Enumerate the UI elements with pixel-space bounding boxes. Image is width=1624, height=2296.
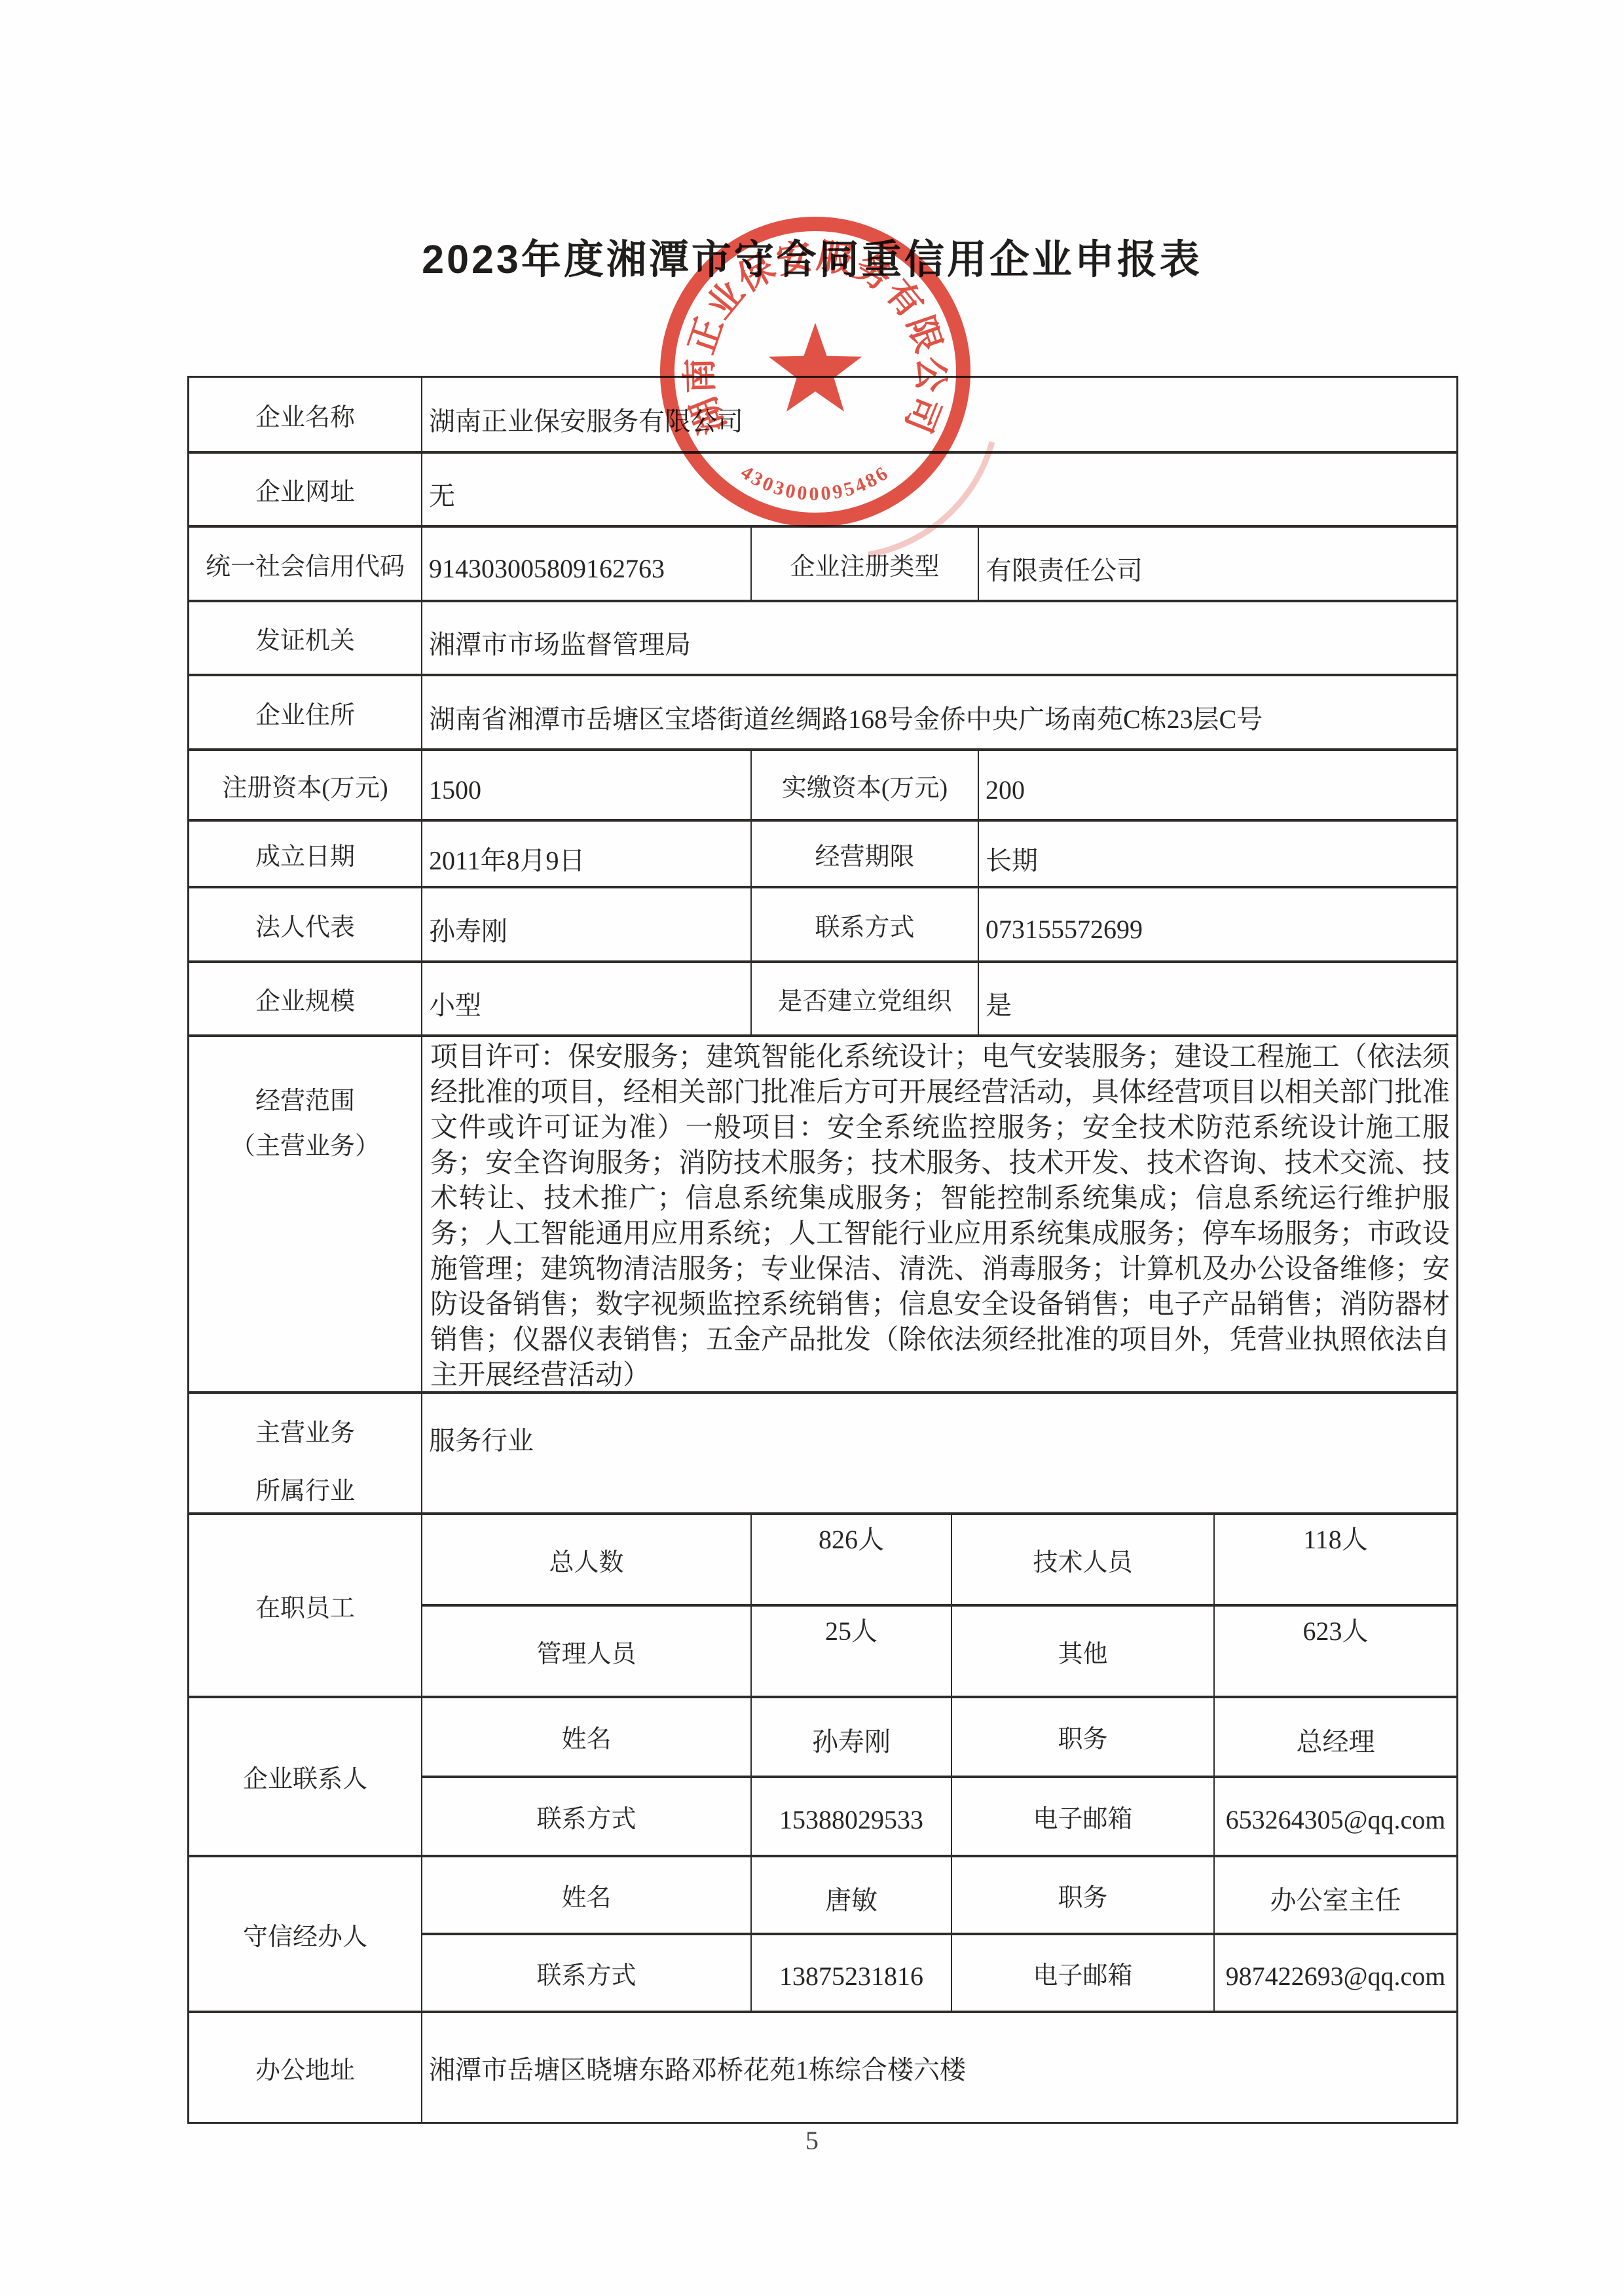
company-contact-email-label: 电子邮箱 — [951, 1778, 1213, 1855]
credit-agent-phone-value: 13875231816 — [750, 1935, 951, 2011]
credit-agent-position-label: 职务 — [951, 1857, 1213, 1933]
registered-capital-value: 1500 — [421, 751, 750, 819]
business-term-value: 长期 — [978, 822, 1456, 886]
registration-type-label: 企业注册类型 — [750, 528, 978, 600]
table-row: 企业住所 湖南省湘潭市岳塘区宝塔街道丝绸路168号金侨中央广场南苑C栋23层C号 — [189, 674, 1456, 748]
office-address-row: 办公地址 湘潭市岳塘区晓塘东路邓桥花苑1栋综合楼六楼 — [189, 2011, 1456, 2122]
company-contact-phone-value: 15388029533 — [750, 1778, 951, 1855]
page-number: 5 — [0, 2125, 1624, 2156]
table-row: 注册资本(万元) 1500 实缴资本(万元) 200 — [189, 748, 1456, 819]
staff-technical-label: 技术人员 — [951, 1515, 1213, 1604]
credit-agent-subrow-1: 姓名 唐敏 职务 办公室主任 — [422, 1857, 1456, 1933]
company-name-value: 湖南正业保安服务有限公司 — [421, 378, 1456, 451]
company-name-label: 企业名称 — [189, 378, 421, 451]
staff-management-label: 管理人员 — [422, 1607, 750, 1696]
website-label: 企业网址 — [189, 454, 421, 525]
company-contact-email-value: 653264305@qq.com — [1213, 1778, 1456, 1855]
table-row: 企业名称 湖南正业保安服务有限公司 — [189, 378, 1456, 451]
company-contact-position-label: 职务 — [951, 1698, 1213, 1776]
staff-subrow-2: 管理人员 25人 其他 623人 — [422, 1604, 1456, 1696]
credit-agent-section: 守信经办人 姓名 唐敏 职务 办公室主任 联系方式 13875231816 电子… — [189, 1855, 1456, 2011]
company-contact-name-value: 孙寿刚 — [750, 1698, 951, 1776]
staff-total-label: 总人数 — [422, 1515, 750, 1604]
business-scope-label-line2: （主营业务） — [231, 1125, 380, 1161]
main-industry-label-line2: 所属行业 — [255, 1470, 355, 1506]
staff-other-value: 623人 — [1213, 1607, 1456, 1696]
credit-agent-email-value: 987422693@qq.com — [1213, 1935, 1456, 2011]
credit-agent-section-label: 守信经办人 — [189, 1857, 421, 2011]
company-address-label: 企业住所 — [189, 676, 421, 748]
main-industry-value: 服务行业 — [421, 1394, 1456, 1512]
table-row: 企业网址 无 — [189, 451, 1456, 525]
legal-contact-value: 073155572699 — [978, 888, 1456, 960]
company-contact-subrow-1: 姓名 孙寿刚 职务 总经理 — [422, 1698, 1456, 1776]
establish-date-value: 2011年8月9日 — [421, 822, 750, 886]
enterprise-scale-value: 小型 — [421, 963, 750, 1034]
credit-agent-email-label: 电子邮箱 — [951, 1935, 1213, 2011]
staff-technical-value: 118人 — [1213, 1515, 1456, 1604]
staff-section: 在职员工 总人数 826人 技术人员 118人 管理人员 25人 其他 623人 — [189, 1512, 1456, 1696]
company-contact-name-label: 姓名 — [422, 1698, 750, 1776]
issuing-authority-value: 湘潭市市场监督管理局 — [421, 602, 1456, 674]
legal-contact-label: 联系方式 — [750, 888, 978, 960]
credit-agent-subrow-2: 联系方式 13875231816 电子邮箱 987422693@qq.com — [422, 1933, 1456, 2011]
table-row: 法人代表 孙寿刚 联系方式 073155572699 — [189, 886, 1456, 960]
registered-capital-label: 注册资本(万元) — [189, 751, 421, 819]
credit-code-label: 统一社会信用代码 — [189, 528, 421, 600]
company-address-value: 湖南省湘潭市岳塘区宝塔街道丝绸路168号金侨中央广场南苑C栋23层C号 — [421, 676, 1456, 748]
establish-date-label: 成立日期 — [189, 822, 421, 886]
business-scope-label-line1: 经营范围 — [255, 1080, 355, 1116]
business-scope-label: 经营范围 （主营业务） — [189, 1037, 421, 1391]
credit-agent-phone-label: 联系方式 — [422, 1935, 750, 2011]
paid-in-capital-value: 200 — [978, 751, 1456, 819]
party-organization-value: 是 — [978, 963, 1456, 1034]
main-industry-row: 主营业务 所属行业 服务行业 — [189, 1391, 1456, 1512]
staff-management-value: 25人 — [750, 1607, 951, 1696]
business-scope-value: 项目许可：保安服务；建筑智能化系统设计；电气安装服务；建设工程施工（依法须经批准… — [421, 1037, 1456, 1391]
table-row: 企业规模 小型 是否建立党组织 是 — [189, 960, 1456, 1034]
legal-representative-value: 孙寿刚 — [421, 888, 750, 960]
paid-in-capital-label: 实缴资本(万元) — [750, 751, 978, 819]
main-industry-label-line1: 主营业务 — [255, 1412, 355, 1448]
page-title: 2023年度湘潭市守合同重信用企业申报表 — [0, 228, 1624, 285]
credit-agent-name-label: 姓名 — [422, 1857, 750, 1933]
legal-representative-label: 法人代表 — [189, 888, 421, 960]
website-value: 无 — [421, 454, 1456, 525]
issuing-authority-label: 发证机关 — [189, 602, 421, 674]
business-term-label: 经营期限 — [750, 822, 978, 886]
company-contact-section-label: 企业联系人 — [189, 1698, 421, 1855]
staff-other-label: 其他 — [951, 1607, 1213, 1696]
registration-type-value: 有限责任公司 — [978, 528, 1456, 600]
main-industry-label: 主营业务 所属行业 — [189, 1394, 421, 1512]
document-page: 2023年度湘潭市守合同重信用企业申报表 企业名称 湖南正业保安服务有限公司 企… — [0, 0, 1624, 2296]
office-address-value: 湘潭市岳塘区晓塘东路邓桥花苑1栋综合楼六楼 — [421, 2013, 1456, 2122]
staff-section-label: 在职员工 — [189, 1515, 421, 1696]
company-contact-position-value: 总经理 — [1213, 1698, 1456, 1776]
application-table: 企业名称 湖南正业保安服务有限公司 企业网址 无 统一社会信用代码 914303… — [187, 376, 1458, 2124]
company-contact-section: 企业联系人 姓名 孙寿刚 职务 总经理 联系方式 15388029533 电子邮… — [189, 1696, 1456, 1855]
company-contact-subrow-2: 联系方式 15388029533 电子邮箱 653264305@qq.com — [422, 1776, 1456, 1855]
table-row: 成立日期 2011年8月9日 经营期限 长期 — [189, 819, 1456, 886]
table-row: 统一社会信用代码 914303005809162763 企业注册类型 有限责任公… — [189, 525, 1456, 600]
company-contact-phone-label: 联系方式 — [422, 1778, 750, 1855]
staff-total-value: 826人 — [750, 1515, 951, 1604]
enterprise-scale-label: 企业规模 — [189, 963, 421, 1034]
credit-agent-name-value: 唐敏 — [750, 1857, 951, 1933]
business-scope-row: 经营范围 （主营业务） 项目许可：保安服务；建筑智能化系统设计；电气安装服务；建… — [189, 1034, 1456, 1391]
staff-subrow-1: 总人数 826人 技术人员 118人 — [422, 1515, 1456, 1604]
office-address-label: 办公地址 — [189, 2013, 421, 2122]
credit-agent-position-value: 办公室主任 — [1213, 1857, 1456, 1933]
credit-code-value: 914303005809162763 — [421, 528, 750, 600]
table-row: 发证机关 湘潭市市场监督管理局 — [189, 600, 1456, 674]
party-organization-label: 是否建立党组织 — [750, 963, 978, 1034]
